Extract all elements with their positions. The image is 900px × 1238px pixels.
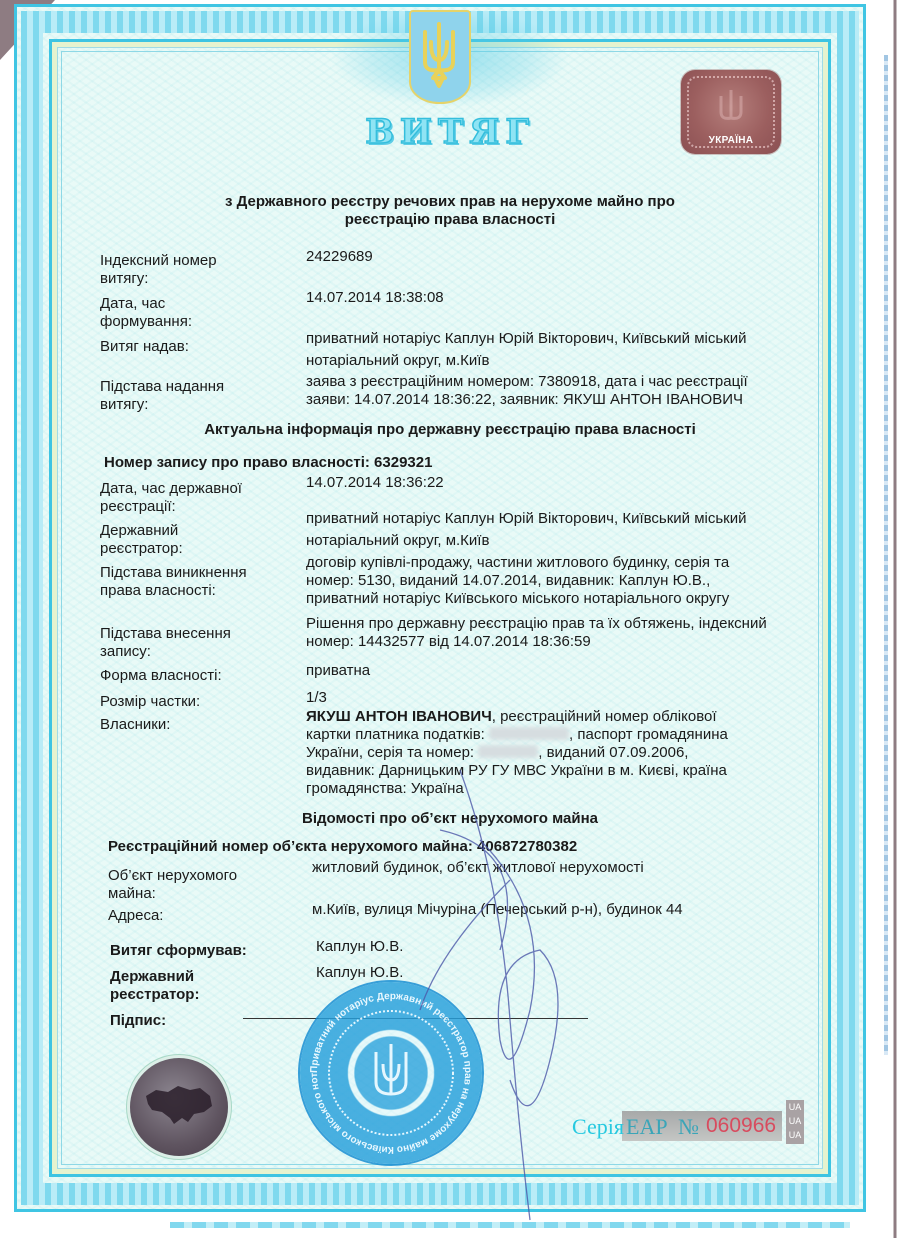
ukraine-map-icon (144, 1082, 214, 1132)
section-title-registration: Актуальна інформація про державну реєстр… (0, 421, 900, 438)
scan-bottom-strip (170, 1222, 850, 1228)
stamp-trident-icon (376, 1044, 406, 1094)
ukraine-map-hologram (130, 1058, 228, 1156)
ua-microprint: UAUAUA (786, 1100, 804, 1144)
number-sign: № (678, 1114, 699, 1140)
document-subtitle: з Державного реєстру речових прав на нер… (0, 193, 900, 229)
index-number-value: 24229689 (306, 248, 806, 266)
coat-of-arms-trident-icon (409, 10, 471, 104)
notary-stamp: Приватний нотаріус Державний реєстратор … (300, 982, 482, 1164)
security-hologram: УКРАЇНА (681, 70, 781, 154)
hologram-label: УКРАЇНА (681, 135, 781, 146)
owner-name: ЯКУШ АНТОН ІВАНОВИЧ (306, 708, 492, 725)
series-code: ЕАР (626, 1114, 668, 1140)
scan-right-edge (890, 0, 900, 1238)
series-label: Серія (572, 1114, 624, 1140)
svg-text:Приватний нотаріус Державний р: Приватний нотаріус Державний реєстратор … (300, 982, 473, 1155)
record-number: Номер запису про право власності: 632932… (104, 454, 432, 472)
series-number: 060966 (706, 1114, 776, 1138)
hologram-trident-icon (717, 88, 745, 128)
section-title-property: Відомості про об’єкт нерухомого майна (0, 810, 900, 827)
redacted-tax-number (489, 727, 569, 740)
property-reg-number: Реєстраційний номер об’єкта нерухомого м… (108, 838, 577, 856)
redacted-passport-number (478, 745, 538, 758)
generated-at-value: 14.07.2014 18:38:08 (306, 289, 806, 307)
